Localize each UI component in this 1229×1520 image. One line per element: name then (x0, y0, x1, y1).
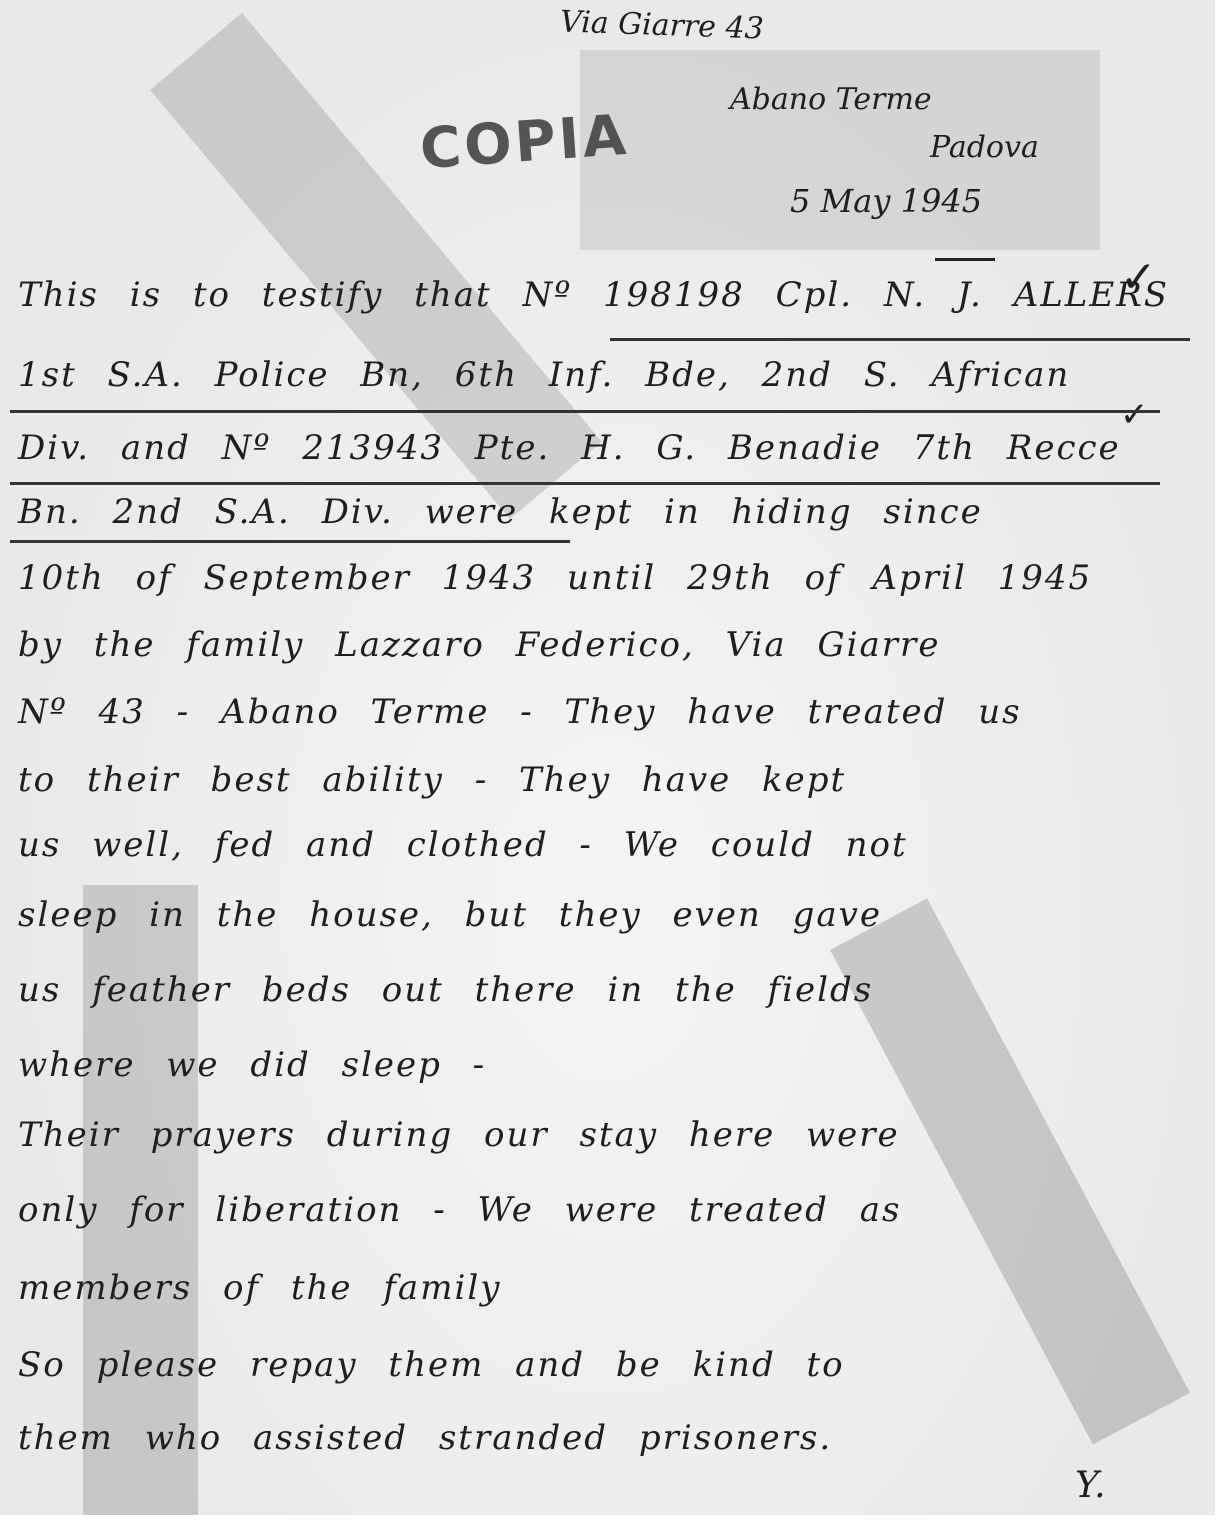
letter-page: COPIA Via Giarre 43 Abano Terme Padova 5… (0, 0, 1215, 1515)
letter-line: them who assisted stranded prisoners. (18, 1418, 1175, 1458)
letter-line: Div. and Nº 213943 Pte. H. G. Benadie 7t… (18, 428, 1175, 468)
address-province: Padova (930, 130, 1039, 165)
underline (10, 482, 1160, 485)
letter-line: This is to testify that Nº 198198 Cpl. N… (18, 275, 1175, 315)
address-street: Via Giarre 43 (559, 4, 764, 46)
signature-mark: Y. (1075, 1465, 1106, 1506)
letter-date: 5 May 1945 (790, 182, 982, 220)
letter-line: Their prayers during our stay here were (18, 1115, 1175, 1155)
underline (610, 338, 1190, 341)
letter-line: only for liberation - We were treated as (18, 1190, 1175, 1230)
letter-line: Nº 43 - Abano Terme - They have treated … (18, 692, 1175, 732)
letter-line: Bn. 2nd S.A. Div. were kept in hiding si… (18, 492, 1175, 532)
letter-line: sleep in the house, but they even gave (18, 895, 1175, 935)
letter-line: where we did sleep - (18, 1045, 1175, 1085)
letter-line: 10th of September 1943 until 29th of Apr… (18, 558, 1175, 598)
letter-line: us well, fed and clothed - We could not (18, 825, 1175, 865)
letter-line: us feather beds out there in the fields (18, 970, 1175, 1010)
address-town: Abano Terme (730, 82, 932, 117)
letter-line: members of the family (18, 1268, 1175, 1308)
letter-line: by the family Lazzaro Federico, Via Giar… (18, 625, 1175, 665)
letter-line: to their best ability - They have kept (18, 760, 1175, 800)
underline (10, 540, 570, 543)
letter-line: So please repay them and be kind to (18, 1345, 1175, 1385)
date-rule (935, 258, 995, 261)
letter-line: 1st S.A. Police Bn, 6th Inf. Bde, 2nd S.… (18, 355, 1175, 395)
underline (10, 410, 1160, 413)
